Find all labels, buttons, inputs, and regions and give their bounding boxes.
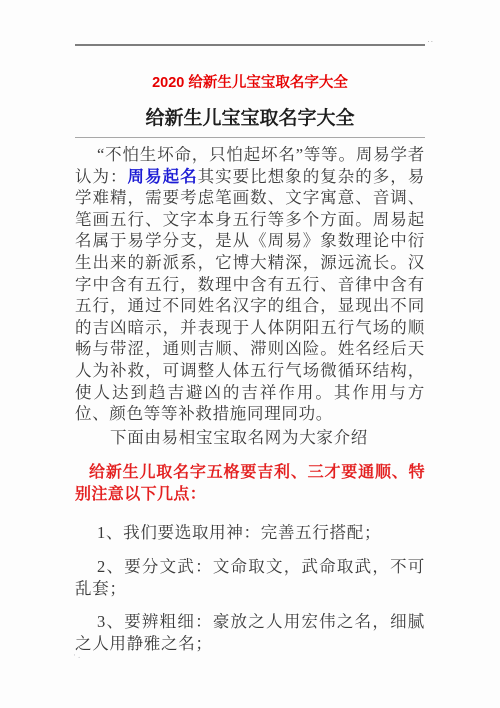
zhouyi-qiming-link[interactable]: 周易起名: [128, 167, 198, 186]
intro-paragraph: “不怕生坏命，只怕起坏名”等等。周易学者认为：周易起名其实要比想象的复杂的多，易…: [75, 144, 425, 425]
document-content: .. 2020 给新生儿宝宝取名字大全 给新生儿宝宝取名字大全 “不怕生坏命，只…: [75, 44, 425, 654]
red-document-title: 2020 给新生儿宝宝取名字大全: [75, 73, 425, 93]
list-item-2: 2、要分文武：文命取文，武命取武，不可乱套；: [75, 556, 425, 599]
site-intro-line: 下面由易相宝宝取名网为大家介绍: [75, 427, 425, 449]
page-corner-mark: ..: [428, 35, 434, 44]
document-page: .. 2020 给新生儿宝宝取名字大全 给新生儿宝宝取名字大全 “不怕生坏命，只…: [0, 0, 500, 708]
top-horizontal-rule: ..: [75, 44, 425, 46]
paragraph-text-after-link: 其实要比想象的复杂的多，易学难精，需要考虑笔画数、文字寓意、音调、笔画五行、文字…: [75, 167, 425, 424]
main-heading: 给新生儿宝宝取名字大全: [75, 106, 425, 138]
footer-artifact-mark: ·.: [73, 650, 82, 660]
red-subheading: 给新生儿取名字五格要吉利、三才要通顺、特别注意以下几点：: [75, 462, 425, 506]
list-item-3: 3、要辨粗细：豪放之人用宏伟之名，细腻之人用静雅之名；: [75, 611, 425, 654]
list-item-1: 1、我们要选取用神：完善五行搭配；: [75, 522, 425, 544]
